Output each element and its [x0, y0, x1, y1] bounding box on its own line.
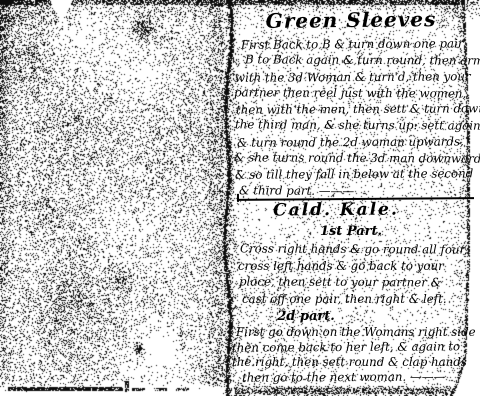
manuscript-line: & she turns round the 3d man downwards — [234, 149, 480, 167]
manuscript-line: with the 3d Woman & turn'd, then your — [235, 68, 480, 86]
manuscript-line: partner then reel just with the women, — [234, 84, 480, 102]
manuscript-line: First go down on the Womans right side — [236, 325, 476, 340]
manuscript-line: then go to the next woman. ——— — [242, 369, 476, 385]
dance-title-cald-kale: Cald. Kale. — [226, 199, 446, 221]
cald-kale-part1-instructions: Cross right hands & go round all four, c… — [238, 241, 468, 307]
manuscript-line: B to Back again & turn round, then arms — [245, 52, 480, 70]
manuscript-line: the right, then sett round & clap hands — [232, 355, 476, 370]
manuscript-line: place, then sett to your partner & — [239, 274, 468, 292]
manuscript-line: cross left hands & go back to your — [238, 258, 468, 275]
green-sleeves-instructions: First Back to B & turn down one pair B t… — [234, 36, 480, 199]
cald-kale-part2-instructions: First go down on the Womans right side t… — [232, 325, 476, 385]
manuscript-line: then come back to her left, & again to — [232, 339, 476, 355]
manuscript-line: & turn round the 2d woman upwards, — [237, 133, 480, 151]
manuscript-line: cast off one pair, then right & left. — [242, 291, 468, 308]
manuscript-line: & so till they fall in below at the seco… — [235, 166, 480, 184]
manuscript-line: First Back to B & turn down one pair — [241, 35, 480, 53]
dance-title-green-sleeves: Green Sleeves — [232, 7, 470, 33]
part2-heading: 2d part. — [236, 309, 376, 324]
part1-heading: 1st Part. — [232, 224, 470, 239]
manuscript-line: Cross right hands & go round all four, — [240, 240, 468, 258]
right-page: Green Sleeves First Back to B & turn dow… — [232, 0, 474, 396]
manuscript-line: the third man, & she turns up: sett agai… — [235, 117, 480, 135]
